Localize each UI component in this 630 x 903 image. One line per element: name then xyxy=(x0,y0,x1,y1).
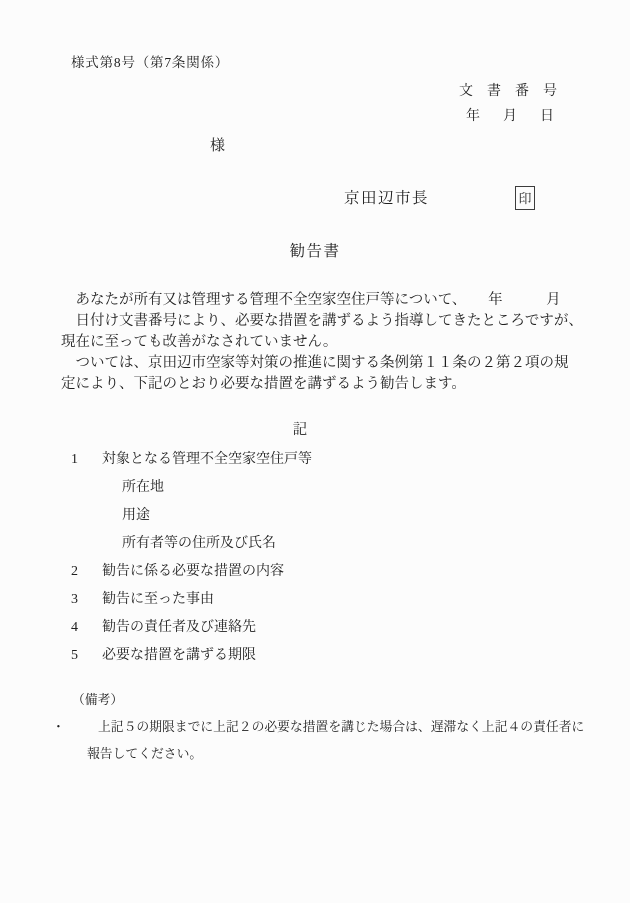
body-paragraphs: あなたが所有又は管理する管理不全空家空住戸等について、 年 月 日付け文書番号に… xyxy=(61,290,587,395)
list-item-1-sub-usage: 用途 xyxy=(71,508,312,523)
list-item-1-sub-location: 所在地 xyxy=(71,480,312,495)
remarks-bullet-line: ・上記５の期限までに上記２の必要な措置を講じた場合は、遅滞なく上記４の責任者に xyxy=(52,721,584,734)
body-line-3: 現在に至っても改善がなされていません。 xyxy=(61,332,587,353)
list-item-5: 5必要な措置を講ずる期限 xyxy=(71,648,312,663)
list-item-1: 1対象となる管理不全空家空住戸等 xyxy=(71,452,312,467)
list-item-2: 2勧告に係る必要な措置の内容 xyxy=(71,564,312,579)
list-item-5-number: 5 xyxy=(71,648,102,663)
list-item-4-label: 勧告の責任者及び連絡先 xyxy=(102,620,256,635)
ki-marker: 記 xyxy=(0,418,600,439)
body-line-2: 日付け文書番号により、必要な措置を講ずるよう指導してきたところですが、 xyxy=(61,311,587,332)
remarks-text-line2: 報告してください。 xyxy=(52,748,584,761)
list-item-1-sub-owner: 所有者等の住所及び氏名 xyxy=(71,536,312,551)
date-day-label: 日 xyxy=(540,105,554,125)
seal-box: 印 xyxy=(515,186,535,210)
doc-number-label: 文 書 番 号 xyxy=(0,80,557,100)
date-line: 年 月 日 xyxy=(466,105,554,125)
list-item-5-label: 必要な措置を講ずる期限 xyxy=(102,648,256,663)
list-item-2-number: 2 xyxy=(71,564,102,579)
list-item-2-label: 勧告に係る必要な措置の内容 xyxy=(102,564,284,579)
list-item-3-label: 勧告に至った事由 xyxy=(102,592,214,607)
list-item-3-number: 3 xyxy=(71,592,102,607)
list-item-4-number: 4 xyxy=(71,620,102,635)
list-item-1-label: 対象となる管理不全空家空住戸等 xyxy=(102,452,312,467)
body-line-1: あなたが所有又は管理する管理不全空家空住戸等について、 年 月 xyxy=(61,290,587,311)
remarks-text-line1: 上記５の期限までに上記２の必要な措置を講じた場合は、遅滞なく上記４の責任者に xyxy=(98,721,584,734)
body-line-5: 定により、下記のとおり必要な措置を講ずるよう勧告します。 xyxy=(61,374,587,395)
date-month-label: 月 xyxy=(503,105,517,125)
list-item-3: 3勧告に至った事由 xyxy=(71,592,312,607)
list-item-4: 4勧告の責任者及び連絡先 xyxy=(71,620,312,635)
date-year-label: 年 xyxy=(466,105,480,125)
list-item-1-number: 1 xyxy=(71,452,102,467)
remarks-section: （備考） ・上記５の期限までに上記２の必要な措置を講じた場合は、遅滞なく上記４の… xyxy=(52,694,584,761)
addressee-honorific: 様 xyxy=(210,134,225,155)
bullet-marker: ・ xyxy=(52,721,98,734)
form-number: 様式第8号（第7条関係） xyxy=(71,51,229,71)
remarks-heading: （備考） xyxy=(52,694,584,707)
item-list: 1対象となる管理不全空家空住戸等 所在地 用途 所有者等の住所及び氏名 2勧告に… xyxy=(71,452,312,676)
seal-label: 印 xyxy=(518,192,531,205)
body-line-4: ついては、京田辺市空家等対策の推進に関する条例第１１条の２第２項の規 xyxy=(61,353,587,374)
sender-name: 京田辺市長 xyxy=(344,186,429,208)
document-title: 勧告書 xyxy=(0,239,630,261)
document-page: 様式第8号（第7条関係） 文 書 番 号 年 月 日 様 京田辺市長 印 勧告書… xyxy=(0,0,630,903)
